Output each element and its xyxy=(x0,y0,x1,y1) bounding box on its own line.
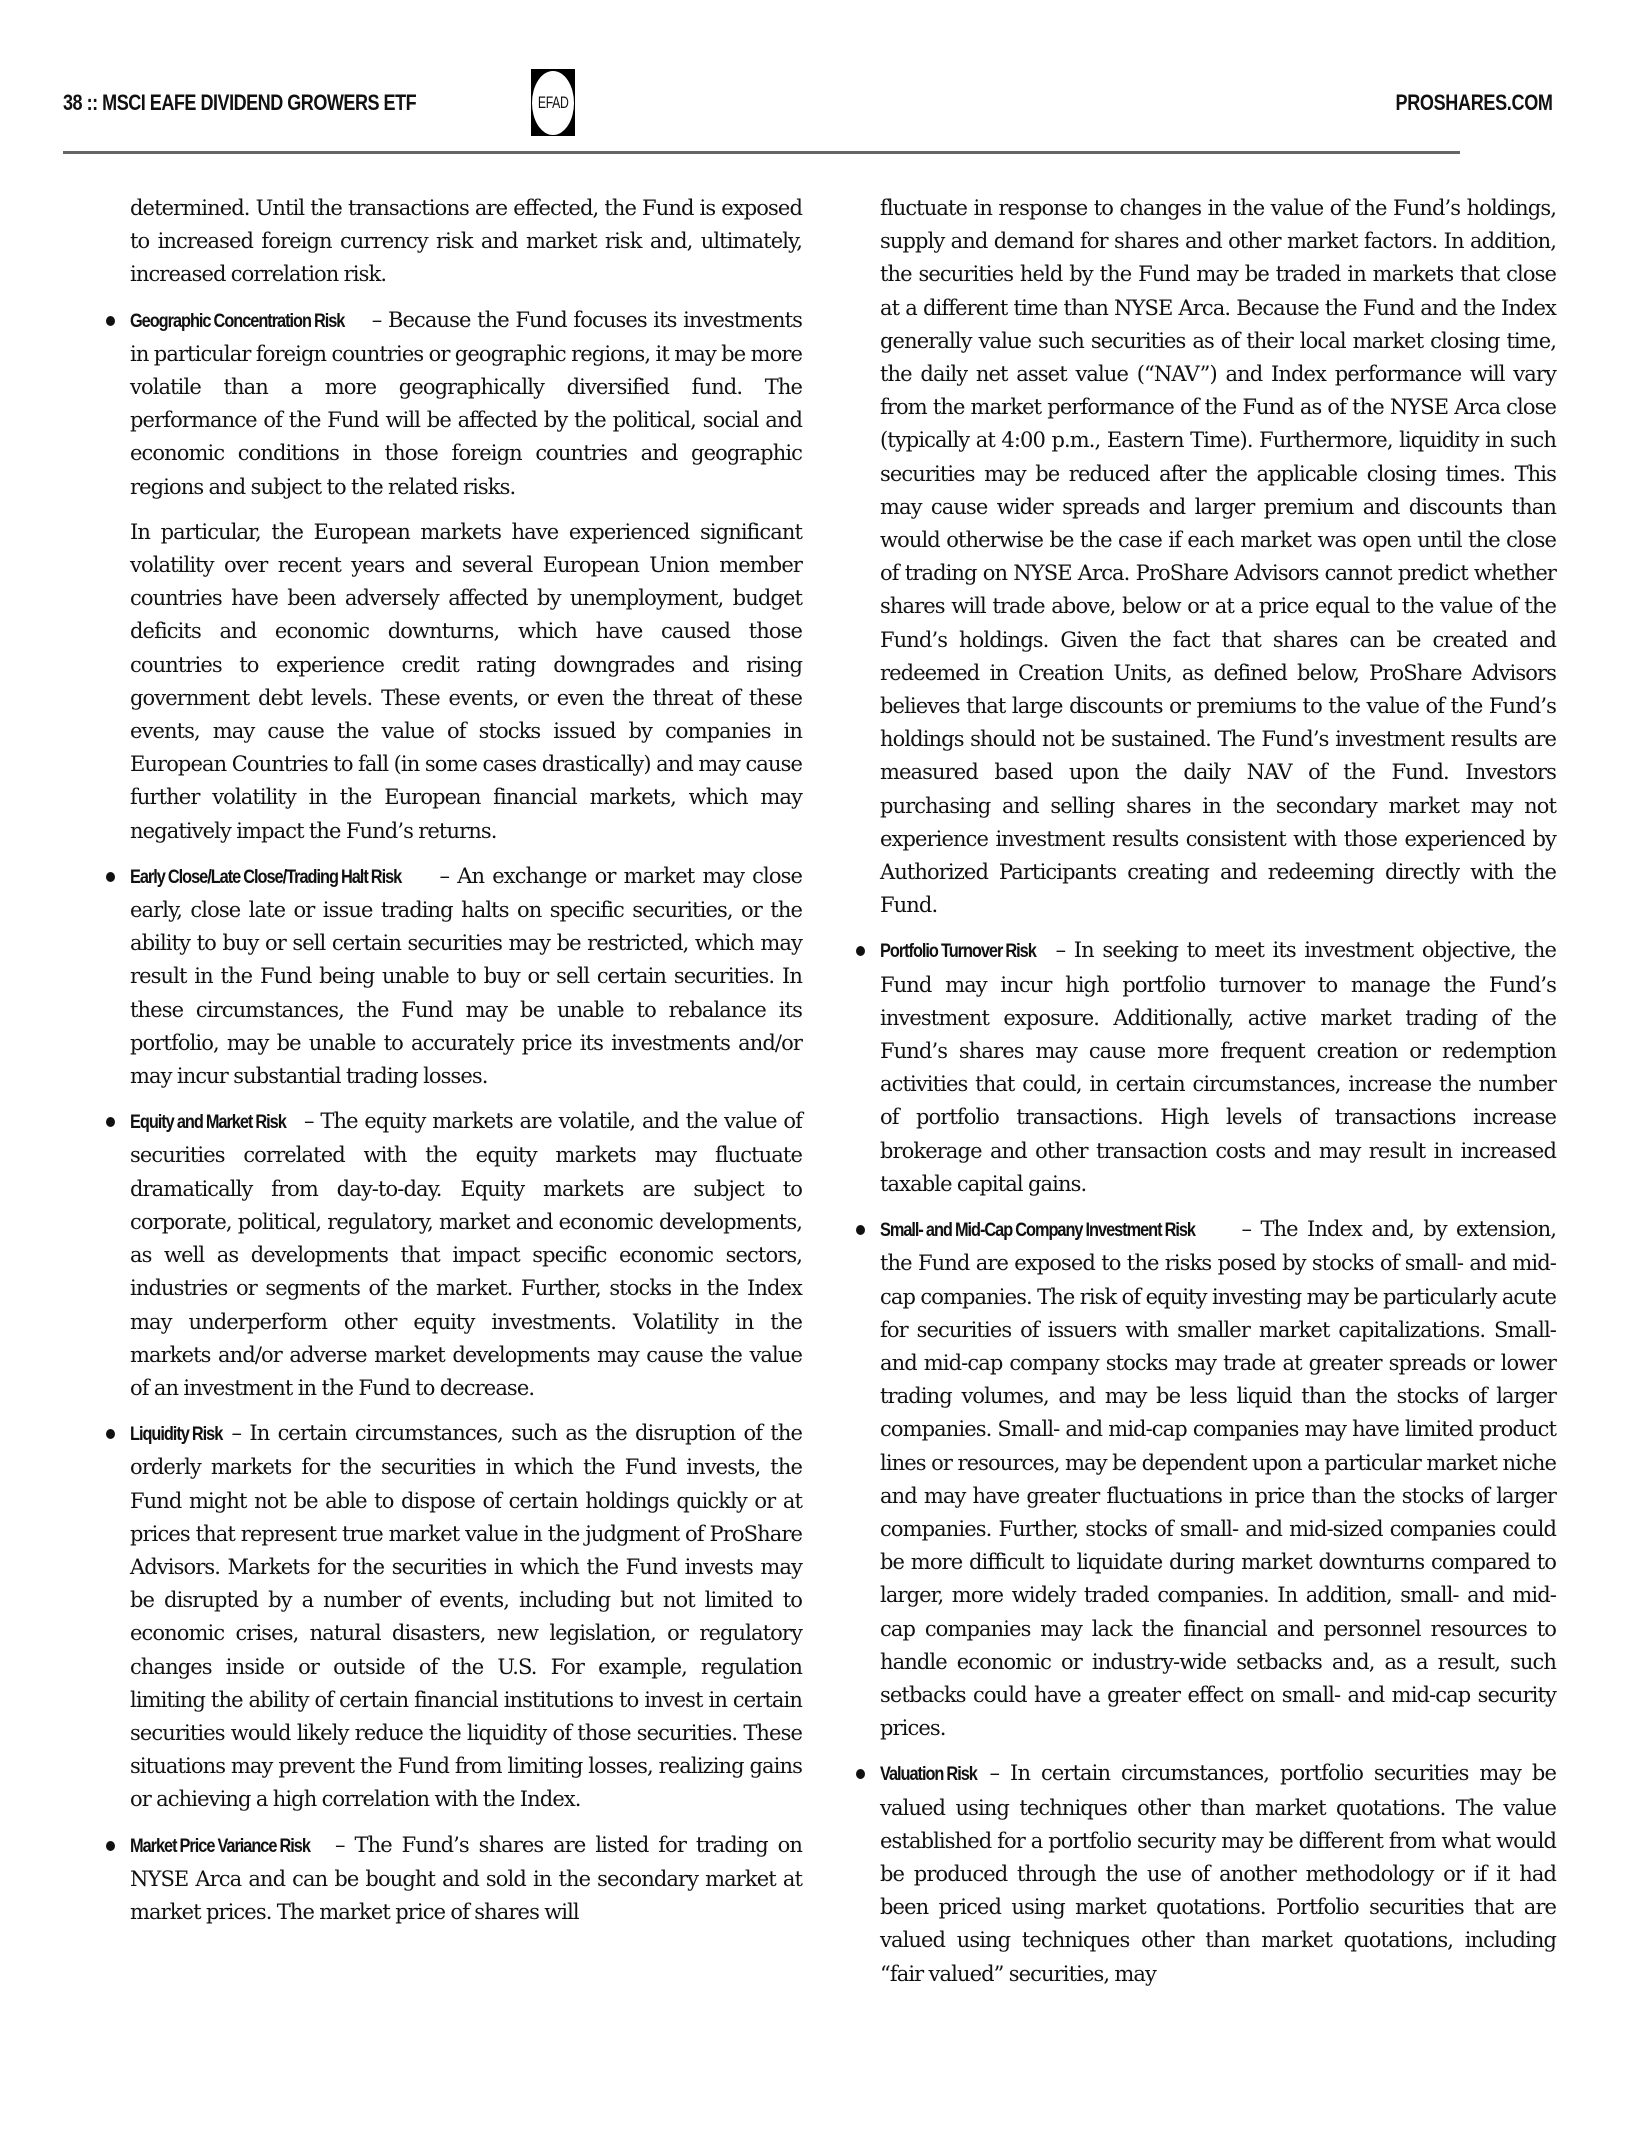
risk-text: In seeking to meet its investment object… xyxy=(880,938,1556,1195)
bullet-icon xyxy=(106,1429,115,1439)
risk-term: Early Close/Late Close/Trading Halt Risk xyxy=(130,861,401,894)
intro-paragraph: determined. Until the transactions are e… xyxy=(130,192,802,292)
risk-item-liquidity: Liquidity Risk – In certain circumstance… xyxy=(130,1417,802,1816)
risk-item-small-mid-cap: Small- and Mid-Cap Company Investment Ri… xyxy=(880,1213,1556,1745)
risk-dash: – xyxy=(297,1109,320,1133)
bullet-icon xyxy=(106,1841,115,1851)
risk-text: The equity markets are volatile, and the… xyxy=(130,1109,802,1400)
risk-dash: – xyxy=(223,1421,249,1445)
bullet-icon xyxy=(856,946,865,956)
risk-dash: – xyxy=(1047,938,1074,962)
risk-item-early-close: Early Close/Late Close/Trading Halt Risk… xyxy=(130,860,802,1093)
risk-dash: – xyxy=(979,1761,1010,1785)
header-website: PROSHARES.COM xyxy=(1396,90,1553,116)
risk-term: Portfolio Turnover Risk xyxy=(880,935,1036,968)
risk-dash: – xyxy=(365,308,388,332)
risk-term: Small- and Mid-Cap Company Investment Ri… xyxy=(880,1214,1195,1247)
risk-dash: – xyxy=(325,1833,354,1857)
risk-item-geographic-concentration: Geographic Concentration Risk – Because … xyxy=(130,304,802,504)
header-divider xyxy=(63,151,1460,154)
bullet-icon xyxy=(856,1769,865,1779)
ticker-badge: EFAD xyxy=(531,69,575,136)
risk-dash: – xyxy=(1232,1217,1260,1241)
risk-term: Market Price Variance Risk xyxy=(130,1830,310,1863)
risk-item-valuation: Valuation Risk – In certain circumstance… xyxy=(880,1757,1556,1990)
risk-text: The Index and, by extension, the Fund ar… xyxy=(880,1217,1556,1740)
risk-continuation: In particular, the European markets have… xyxy=(130,516,802,848)
risk-term: Equity and Market Risk xyxy=(130,1106,286,1139)
risk-term: Liquidity Risk xyxy=(130,1418,222,1451)
continued-paragraph: fluctuate in response to changes in the … xyxy=(880,192,1556,922)
bullet-icon xyxy=(106,872,115,882)
risk-text: An exchange or market may close early, c… xyxy=(130,864,802,1088)
risk-dash: – xyxy=(431,864,457,888)
bullet-icon xyxy=(106,316,115,326)
ticker-circle-icon: EFAD xyxy=(532,71,574,135)
header-title: 38 :: MSCI EAFE DIVIDEND GROWERS ETF xyxy=(63,90,416,116)
left-column: determined. Until the transactions are e… xyxy=(130,192,802,1929)
bullet-icon xyxy=(856,1225,865,1235)
ticker-label: EFAD xyxy=(538,93,569,113)
bullet-icon xyxy=(106,1117,115,1127)
risk-item-market-price-variance: Market Price Variance Risk – The Fund’s … xyxy=(130,1829,802,1930)
risk-term: Valuation Risk xyxy=(880,1758,977,1791)
page-header: 38 :: MSCI EAFE DIVIDEND GROWERS ETF EFA… xyxy=(0,0,1650,160)
risk-item-equity-market: Equity and Market Risk – The equity mark… xyxy=(130,1105,802,1405)
risk-term: Geographic Concentration Risk xyxy=(130,305,344,338)
risk-item-portfolio-turnover: Portfolio Turnover Risk – In seeking to … xyxy=(880,934,1556,1201)
risk-text: In certain circumstances, such as the di… xyxy=(130,1421,802,1811)
risk-text: In certain circumstances, portfolio secu… xyxy=(880,1761,1556,1985)
right-column: fluctuate in response to changes in the … xyxy=(880,192,1556,1991)
